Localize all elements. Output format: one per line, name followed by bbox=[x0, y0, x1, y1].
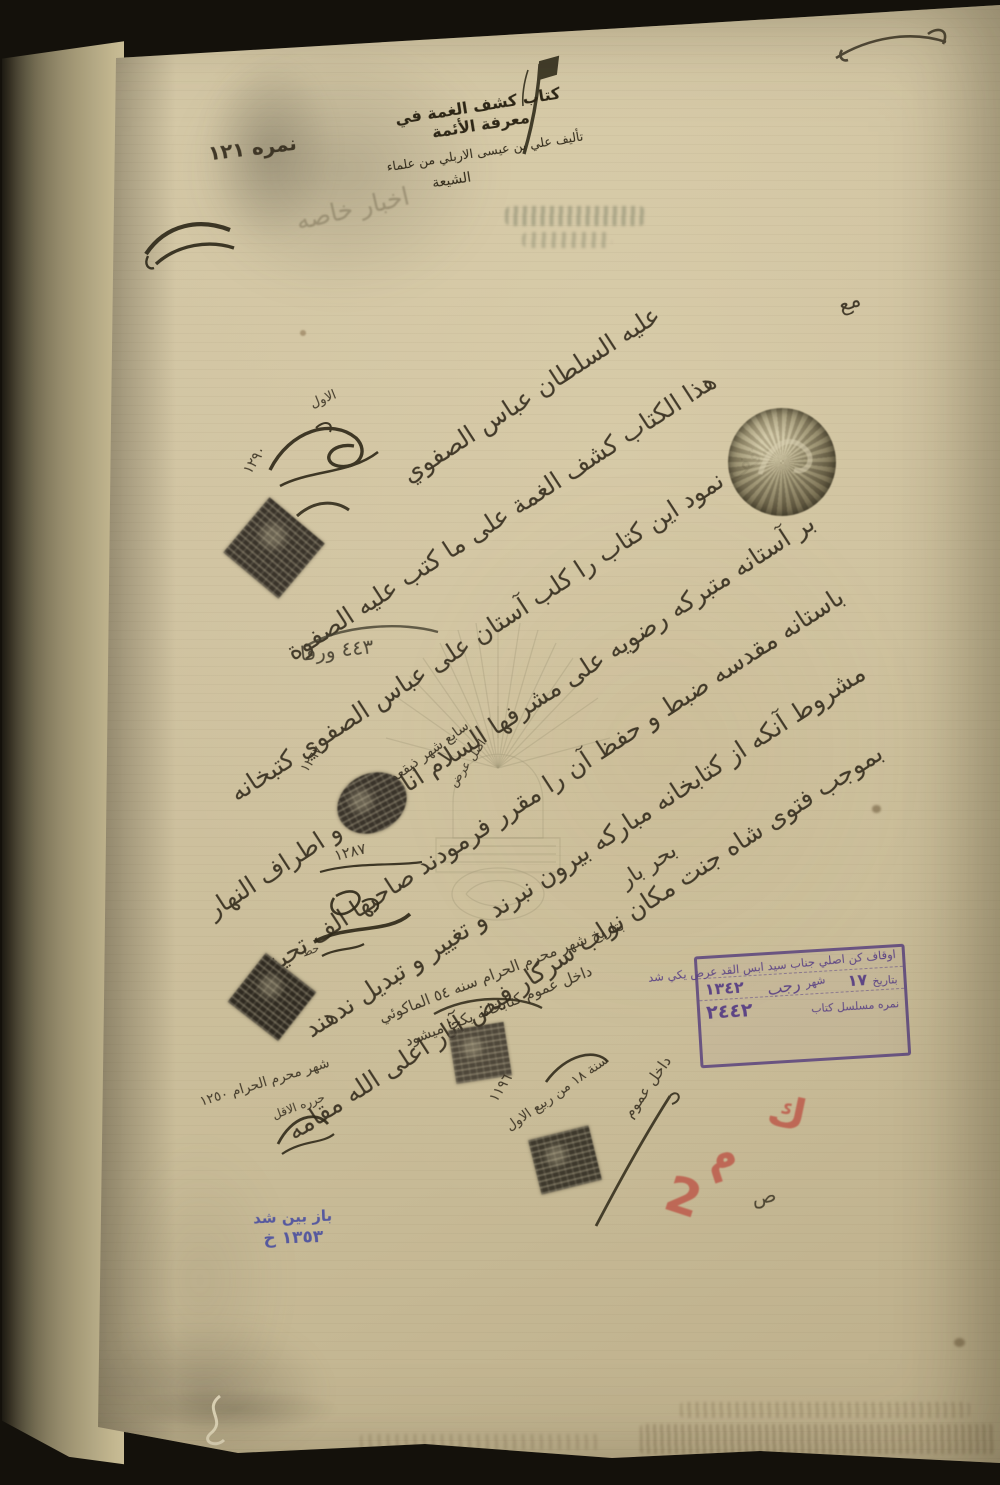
review-stamp: باز بين شد ١٣٥٣ خ bbox=[237, 1206, 348, 1250]
round-waqf-seal bbox=[728, 408, 836, 516]
manuscript-page: كتاب كشف الغمة في معرفة الأئمة تأليف علي… bbox=[0, 0, 1000, 1485]
bleed-through-row-3 bbox=[360, 1434, 600, 1450]
round-seal-calligraphy bbox=[728, 408, 836, 516]
stamp-year: ١٣٤٢ bbox=[704, 978, 744, 999]
review-stamp-line2: ١٣٥٣ خ bbox=[238, 1226, 349, 1250]
note-makui-tail bbox=[428, 984, 548, 1024]
fox-spot-1 bbox=[872, 805, 881, 813]
stamp-month-label: شهر bbox=[804, 973, 827, 990]
mim-mark: مع bbox=[834, 287, 863, 317]
note-1250-flourish bbox=[268, 1096, 340, 1158]
stamp-date-label: بتاريخ bbox=[872, 973, 898, 988]
manuscript-photo: كتاب كشف الغمة في معرفة الأئمة تأليف علي… bbox=[0, 0, 1000, 1485]
waqf-line-1: عليه السلطان عباس الصفوي bbox=[397, 300, 666, 489]
stamp-serial: ٢٤٤٢ bbox=[706, 999, 754, 1024]
stamp-serial-label: نمره مسلسل كتاب bbox=[810, 991, 899, 1015]
offset-stamp-impression-2 bbox=[522, 232, 612, 248]
number-note: نمره ١٢١ bbox=[207, 131, 298, 166]
review-stamp-line1: باز بين شد bbox=[237, 1206, 348, 1228]
offset-stamp-impression-1 bbox=[505, 206, 645, 226]
bleed-through-row-2 bbox=[680, 1402, 970, 1418]
red-mark-1: ك bbox=[763, 1085, 811, 1141]
light-squiggle-mark bbox=[196, 1392, 240, 1450]
bleed-through-row-1 bbox=[640, 1424, 995, 1454]
sig-1290-flourish bbox=[258, 408, 383, 508]
fox-spot-4 bbox=[300, 330, 306, 336]
fox-spot-2 bbox=[954, 1338, 965, 1347]
sad-mark: ص bbox=[750, 1182, 777, 1209]
top-pen-mark bbox=[828, 20, 963, 68]
sig-1290-underline bbox=[292, 494, 354, 524]
waqf-registration-stamp: اوقاف كن اصلي جناب سيد ابس القد عرض يكي … bbox=[694, 944, 911, 1069]
stamp-day: ١٧ bbox=[847, 970, 868, 990]
pencil-note: اخبار خاصه bbox=[293, 181, 412, 235]
